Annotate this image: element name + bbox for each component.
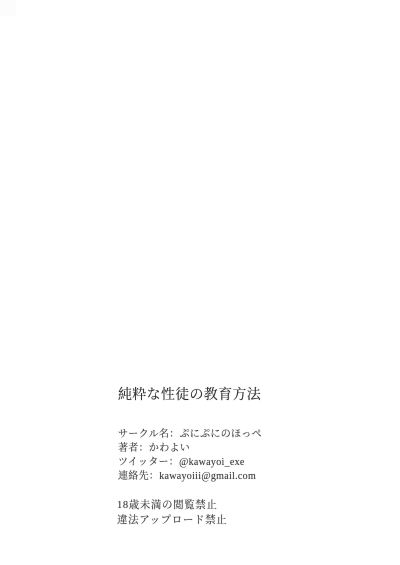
credit-author: 著者：かわよい <box>118 442 262 456</box>
colophon-page: 純粋な性徒の教育方法 サークル名：ぷにぷにのほっぺ 著者：かわよい ツイッター：… <box>0 0 400 565</box>
notice-age-restriction: 18歳未満の閲覧禁止 <box>117 498 227 513</box>
notice-upload-prohibition: 違法アップロード禁止 <box>117 513 227 528</box>
doujin-title: 純粋な性徒の教育方法 <box>118 388 261 404</box>
notices-block: 18歳未満の閲覧禁止 違法アップロード禁止 <box>117 498 227 528</box>
credits-block: サークル名：ぷにぷにのほっぺ 著者：かわよい ツイッター：@kawayoi_ex… <box>118 428 262 484</box>
credit-contact-email: 連絡先：kawayoiii@gmail.com <box>118 470 262 484</box>
scan-corner-artifact <box>0 0 16 16</box>
credit-twitter-handle: ツイッター：@kawayoi_exe <box>118 456 262 470</box>
credit-circle-name: サークル名：ぷにぷにのほっぺ <box>118 428 262 442</box>
